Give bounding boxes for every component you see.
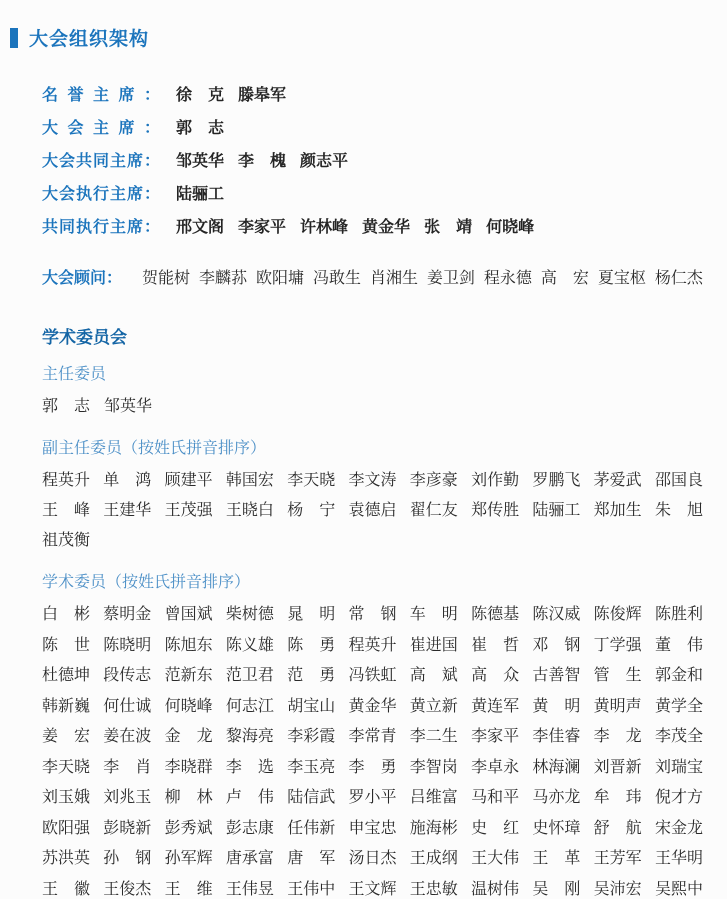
name-row: 杜德坤段传志范新东范卫君范 勇冯铁虹高 斌高 众古善智管 生郭金和	[42, 661, 703, 692]
person-name: 晁 明	[287, 600, 335, 631]
name-row: 欧阳强彭晓新彭秀斌彭志康任伟新申宝忠施海彬史 红史怀璋舒 航宋金龙	[42, 814, 703, 845]
person-name: 单 鸿	[103, 466, 151, 496]
person-name: 彭志康	[226, 814, 274, 845]
person-name: 王伟中	[287, 875, 335, 899]
person-name: 管 生	[594, 661, 642, 692]
person-name: 陆骊工	[532, 496, 580, 526]
members-rows: 白 彬蔡明金曾国斌柴树德晁 明常 钢车 明陈德基陈汉威陈俊辉陈胜利陈 世陈晓明陈…	[42, 600, 703, 899]
person-name: 杨 宁	[287, 496, 335, 526]
person-name: 陈胜利	[655, 600, 703, 631]
name-row: 刘玉娥刘兆玉柳 林卢 伟陆信武罗小平吕维富马和平马亦龙牟 玮倪才方	[42, 783, 703, 814]
person-name: 邓 钢	[532, 631, 580, 662]
person-name: 王文辉	[348, 875, 396, 899]
person-name: 李 勇	[348, 753, 396, 784]
leadership-label: 名誉主席：	[42, 79, 160, 112]
person-name: 丁学强	[594, 631, 642, 662]
person-name: 白 彬	[42, 600, 90, 631]
members-heading: 学术委员（按姓氏拼音排序）	[42, 568, 703, 598]
leadership-names: 陆骊工	[176, 178, 238, 211]
person-name: 李茂全	[655, 722, 703, 753]
person-name: 王 峰	[42, 496, 90, 526]
chair-rows: 郭 志邹英华	[42, 392, 703, 422]
person-name: 王茂强	[165, 496, 213, 526]
leadership-names: 邢文阁李家平许林峰黄金华张 靖何晓峰	[176, 211, 548, 244]
name-row: 程英升单 鸿顾建平韩国宏李天晓李文涛李彦豪刘作勤罗鹏飞茅爱武邵国良	[42, 466, 703, 496]
person-name: 李玉亮	[287, 753, 335, 784]
person-name: 史 红	[471, 814, 519, 845]
person-name: 李 龙	[594, 722, 642, 753]
person-name: 翟仁友	[410, 496, 458, 526]
person-name: 牟 玮	[594, 783, 642, 814]
person-name: 肖湘生	[370, 264, 418, 294]
person-name: 李 肖	[103, 753, 151, 784]
person-name: 李天晓	[42, 753, 90, 784]
name-row: 王 峰王建华王茂强王晓白杨 宁袁德启翟仁友郑传胜陆骊工郑加生朱 旭	[42, 496, 703, 526]
advisors-label: 大会顾问：	[42, 264, 142, 294]
leadership-names: 郭 志	[176, 112, 238, 145]
person-name: 李彩霞	[287, 722, 335, 753]
person-name: 欧阳强	[42, 814, 90, 845]
person-name: 罗鹏飞	[532, 466, 580, 496]
person-name: 任伟新	[287, 814, 335, 845]
person-name: 李 选	[226, 753, 274, 784]
person-name: 郭 志	[42, 392, 90, 422]
person-name: 欧阳墉	[256, 264, 304, 294]
person-name: 黄金华	[362, 219, 410, 236]
person-name: 柳 林	[165, 783, 213, 814]
person-name: 金 龙	[165, 722, 213, 753]
person-name: 刘作勤	[471, 466, 519, 496]
person-name: 施海彬	[410, 814, 458, 845]
person-name: 陈义雄	[226, 631, 274, 662]
person-name: 王 徽	[42, 875, 90, 899]
person-name: 郑传胜	[471, 496, 519, 526]
person-name: 郭 志	[176, 120, 224, 137]
person-name: 夏宝枢	[598, 264, 646, 294]
leadership-label: 大会主席：	[42, 112, 160, 145]
leadership-label: 大会共同主席：	[42, 145, 160, 178]
person-name: 李 槐	[238, 153, 286, 170]
person-name: 李家平	[471, 722, 519, 753]
person-name: 李天晓	[287, 466, 335, 496]
person-name: 黄金华	[348, 692, 396, 723]
leadership-row: 大会共同主席： 邹英华李 槐颜志平	[42, 145, 703, 178]
person-name: 林海澜	[532, 753, 580, 784]
vice-chair-heading: 副主任委员（按姓氏拼音排序）	[42, 434, 703, 464]
person-name: 王芳军	[594, 844, 642, 875]
person-name: 彭晓新	[103, 814, 151, 845]
person-name: 汤日杰	[348, 844, 396, 875]
person-name: 李家平	[238, 219, 286, 236]
person-name: 黄 明	[532, 692, 580, 723]
person-name: 温树伟	[471, 875, 519, 899]
academic-committee-title: 学术委员会	[42, 326, 703, 350]
leadership-row: 大会主席： 郭 志	[42, 112, 703, 145]
person-name: 滕皋军	[238, 87, 286, 104]
person-name: 邹英华	[176, 153, 224, 170]
person-name: 颜志平	[300, 153, 348, 170]
person-name: 李常青	[348, 722, 396, 753]
person-name: 祖茂衡	[42, 526, 90, 556]
person-name: 罗小平	[348, 783, 396, 814]
title-accent-bar	[10, 28, 18, 48]
leadership-label: 共同执行主席：	[42, 211, 160, 244]
person-name: 范新东	[165, 661, 213, 692]
person-name: 舒 航	[594, 814, 642, 845]
person-name: 陈汉威	[532, 600, 580, 631]
person-name: 申宝忠	[348, 814, 396, 845]
person-name: 何晓峰	[486, 219, 534, 236]
person-name: 陆信武	[287, 783, 335, 814]
name-row: 韩新巍何仕诚何晓峰何志江胡宝山黄金华黄立新黄连军黄 明黄明声黄学全	[42, 692, 703, 723]
person-name: 高 宏	[541, 264, 589, 294]
person-name: 程永德	[484, 264, 532, 294]
person-name: 程英升	[348, 631, 396, 662]
leadership-names: 邹英华李 槐颜志平	[176, 145, 362, 178]
person-name: 姜 宏	[42, 722, 90, 753]
person-name: 程英升	[42, 466, 90, 496]
person-name: 王忠敏	[410, 875, 458, 899]
person-name: 王建华	[103, 496, 151, 526]
person-name: 刘兆玉	[103, 783, 151, 814]
person-name: 陈 世	[42, 631, 90, 662]
leadership-names: 徐 克滕皋军	[176, 79, 300, 112]
person-name: 宋金龙	[655, 814, 703, 845]
person-name: 王晓白	[226, 496, 274, 526]
person-name: 邵国良	[655, 466, 703, 496]
person-name: 郭金和	[655, 661, 703, 692]
person-name: 胡宝山	[287, 692, 335, 723]
person-name: 黄明声	[594, 692, 642, 723]
person-name: 何仕诚	[103, 692, 151, 723]
person-name: 王华明	[655, 844, 703, 875]
person-name: 吕维富	[410, 783, 458, 814]
person-name: 唐 军	[287, 844, 335, 875]
person-name: 茅爱武	[594, 466, 642, 496]
name-row: 祖茂衡	[42, 526, 703, 556]
person-name: 许林峰	[300, 219, 348, 236]
person-name: 范 勇	[287, 661, 335, 692]
person-name: 冯敢生	[313, 264, 361, 294]
person-name: 顾建平	[165, 466, 213, 496]
page-title: 大会组织架构	[29, 24, 149, 51]
person-name: 车 明	[410, 600, 458, 631]
person-name: 冯铁虹	[348, 661, 396, 692]
person-name: 王成纲	[410, 844, 458, 875]
person-name: 崔进国	[410, 631, 458, 662]
person-name: 范卫君	[226, 661, 274, 692]
person-name: 王 革	[532, 844, 580, 875]
person-name: 倪才方	[655, 783, 703, 814]
person-name: 常 钢	[348, 600, 396, 631]
person-name: 马和平	[471, 783, 519, 814]
person-name: 姜在波	[103, 722, 151, 753]
person-name: 陈俊辉	[594, 600, 642, 631]
name-row: 姜 宏姜在波金 龙黎海亮李彩霞李常青李二生李家平李佳睿李 龙李茂全	[42, 722, 703, 753]
person-name: 贺能树	[142, 264, 190, 294]
leadership-row: 大会执行主席： 陆骊工	[42, 178, 703, 211]
person-name: 陈旭东	[165, 631, 213, 662]
person-name: 古善智	[532, 661, 580, 692]
person-name: 陈 勇	[287, 631, 335, 662]
person-name: 吴熙中	[655, 875, 703, 899]
person-name: 黎海亮	[226, 722, 274, 753]
person-name: 柴树德	[226, 600, 274, 631]
person-name: 孙 钢	[103, 844, 151, 875]
person-name: 袁德启	[348, 496, 396, 526]
person-name: 陈德基	[471, 600, 519, 631]
person-name: 吴 刚	[532, 875, 580, 899]
leadership-label: 大会执行主席：	[42, 178, 160, 211]
vice-chair-rows: 程英升单 鸿顾建平韩国宏李天晓李文涛李彦豪刘作勤罗鹏飞茅爱武邵国良王 峰王建华王…	[42, 466, 703, 556]
person-name: 杜德坤	[42, 661, 90, 692]
person-name: 刘玉娥	[42, 783, 90, 814]
person-name: 何志江	[226, 692, 274, 723]
name-row: 郭 志邹英华	[42, 392, 703, 422]
advisors-names: 贺能树李麟荪欧阳墉冯敢生肖湘生姜卫剑程永德高 宏夏宝枢杨仁杰	[142, 264, 703, 294]
name-row: 王 徽王俊杰王 维王伟昱王伟中王文辉王忠敏温树伟吴 刚吴沛宏吴熙中	[42, 875, 703, 899]
person-name: 孙军辉	[165, 844, 213, 875]
person-name: 邢文阁	[176, 219, 224, 236]
person-name: 李彦豪	[410, 466, 458, 496]
person-name: 蔡明金	[103, 600, 151, 631]
leadership-row: 共同执行主席： 邢文阁李家平许林峰黄金华张 靖何晓峰	[42, 211, 703, 244]
person-name: 郑加生	[594, 496, 642, 526]
person-name: 刘瑞宝	[655, 753, 703, 784]
chair-heading: 主任委员	[42, 360, 703, 390]
name-row: 白 彬蔡明金曾国斌柴树德晁 明常 钢车 明陈德基陈汉威陈俊辉陈胜利	[42, 600, 703, 631]
person-name: 唐承富	[226, 844, 274, 875]
person-name: 黄学全	[655, 692, 703, 723]
person-name: 韩国宏	[226, 466, 274, 496]
person-name: 陈晓明	[103, 631, 151, 662]
person-name: 段传志	[103, 661, 151, 692]
person-name: 苏洪英	[42, 844, 90, 875]
person-name: 崔 哲	[471, 631, 519, 662]
person-name: 卢 伟	[226, 783, 274, 814]
person-name: 曾国斌	[165, 600, 213, 631]
person-name: 何晓峰	[165, 692, 213, 723]
name-row: 李天晓李 肖李晓群李 选李玉亮李 勇李智岗李卓永林海澜刘晋新刘瑞宝	[42, 753, 703, 784]
person-name: 李佳睿	[532, 722, 580, 753]
advisors-row: 大会顾问： 贺能树李麟荪欧阳墉冯敢生肖湘生姜卫剑程永德高 宏夏宝枢杨仁杰	[42, 264, 703, 294]
person-name: 黄立新	[410, 692, 458, 723]
person-name: 彭秀斌	[165, 814, 213, 845]
person-name: 李晓群	[165, 753, 213, 784]
person-name: 王伟昱	[226, 875, 274, 899]
person-name: 吴沛宏	[594, 875, 642, 899]
person-name: 李二生	[410, 722, 458, 753]
page-header: 大会组织架构	[10, 24, 727, 51]
person-name: 姜卫剑	[427, 264, 475, 294]
person-name: 高 众	[471, 661, 519, 692]
name-row: 陈 世陈晓明陈旭东陈义雄陈 勇程英升崔进国崔 哲邓 钢丁学强董 伟	[42, 631, 703, 662]
person-name: 李文涛	[348, 466, 396, 496]
person-name: 李卓永	[471, 753, 519, 784]
person-name: 李智岗	[410, 753, 458, 784]
name-row: 苏洪英孙 钢孙军辉唐承富唐 军汤日杰王成纲王大伟王 革王芳军王华明	[42, 844, 703, 875]
document-body: 名誉主席： 徐 克滕皋军 大会主席： 郭 志 大会共同主席： 邹英华李 槐颜志平…	[42, 79, 703, 899]
person-name: 张 靖	[424, 219, 472, 236]
person-name: 朱 旭	[655, 496, 703, 526]
person-name: 王俊杰	[103, 875, 151, 899]
leadership-row: 名誉主席： 徐 克滕皋军	[42, 79, 703, 112]
person-name: 徐 克	[176, 87, 224, 104]
person-name: 刘晋新	[594, 753, 642, 784]
person-name: 高 斌	[410, 661, 458, 692]
person-name: 黄连军	[471, 692, 519, 723]
person-name: 董 伟	[655, 631, 703, 662]
person-name: 杨仁杰	[655, 264, 703, 294]
person-name: 韩新巍	[42, 692, 90, 723]
person-name: 史怀璋	[532, 814, 580, 845]
person-name: 李麟荪	[199, 264, 247, 294]
person-name: 马亦龙	[532, 783, 580, 814]
person-name: 王 维	[165, 875, 213, 899]
person-name: 王大伟	[471, 844, 519, 875]
person-name: 陆骊工	[176, 186, 224, 203]
person-name: 邹英华	[104, 392, 152, 422]
